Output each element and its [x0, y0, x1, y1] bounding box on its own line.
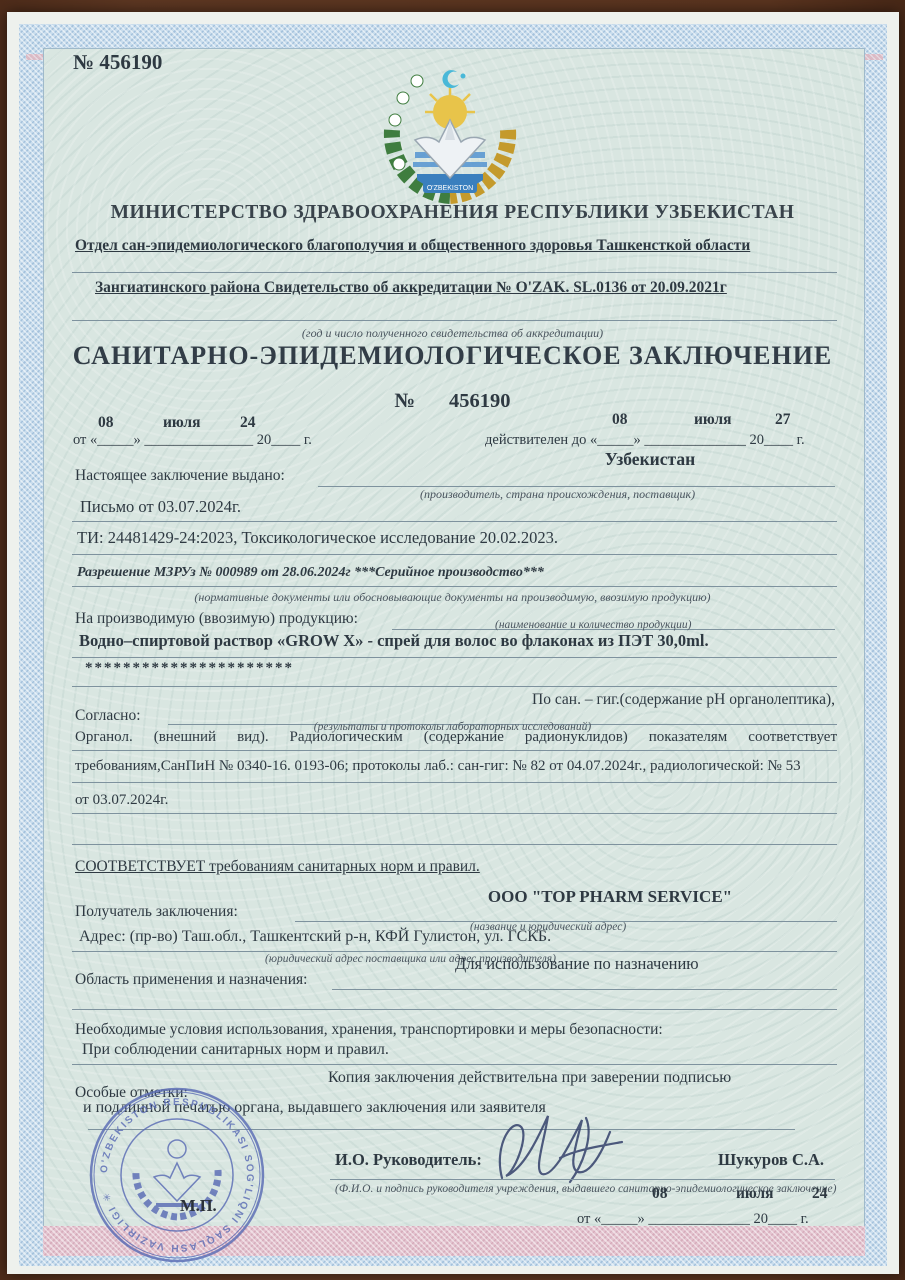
official-stamp: O'ZBEKISTON RESPUBLIKASI SOG'LIQNI SAQLA… [72, 1083, 282, 1280]
department-line: Отдел сан-эпидемиологического благополуч… [75, 237, 750, 255]
per-san-note: По сан. – гиг.(содержание pH органолепти… [532, 691, 835, 709]
stars-line: ********************** [85, 660, 294, 677]
sign-date-year: 24 [812, 1185, 828, 1203]
underline-rule [332, 989, 837, 990]
valid-month: июля [694, 411, 731, 429]
valid-day: 08 [612, 411, 628, 429]
underline-rule [72, 554, 837, 555]
compliance-line3: от 03.07.2024г. [75, 792, 168, 809]
valid-year: 27 [775, 411, 791, 429]
underline-rule [72, 521, 837, 522]
issued-caption: (производитель, страна происхождения, по… [420, 487, 695, 502]
underline-rule [72, 686, 837, 687]
signer-name: Шукуров С.А. [718, 1150, 824, 1170]
underline-rule [330, 1179, 835, 1180]
permission-caption: (нормативные документы или обосновывающи… [0, 590, 905, 605]
product-caption: (наименование и количество продукции) [495, 619, 691, 631]
serial-number: № 456190 [73, 50, 162, 75]
from-date-blank: от «_____» _______________ 20____ г. [73, 432, 312, 449]
document-title: САНИТАРНО-ЭПИДЕМИОЛОГИЧЕСКОЕ ЗАКЛЮЧЕНИЕ [0, 341, 905, 371]
product-label: На производимую (ввозимую) продукцию: [75, 610, 358, 628]
underline-rule [72, 1064, 837, 1065]
accreditation-caption: (год и число полученного свидетельства о… [0, 326, 905, 341]
underline-rule [72, 813, 837, 814]
compliance-line2: требованиям,СанПиН № 0340-16. 0193-06; п… [75, 758, 801, 775]
valid-date-blank: действителен до «_____» ______________ 2… [485, 432, 805, 449]
verdict-line: СООТВЕТСТВУЕТ требованиям санитарных нор… [75, 858, 480, 876]
sign-date-month: июля [736, 1185, 773, 1203]
from-day: 08 [98, 414, 114, 432]
compliance-line1: Органол. (внешний вид). Радиологическим … [75, 729, 837, 746]
recipient-address: Адрес: (пр-во) Таш.обл., Ташкентский р-н… [79, 928, 551, 946]
underline-rule [72, 750, 837, 751]
signature [490, 1108, 640, 1190]
underline-rule [72, 951, 837, 952]
underline-rule [72, 782, 837, 783]
stamp-ring-text: O'ZBEKISTON RESPUBLIKASI SOG'LIQNI SAQLA… [99, 1097, 255, 1253]
recipient-company: ООО "TOP PHARM SERVICE" [380, 887, 840, 907]
svg-text:O'ZBEKISTON RESPUBLIKASI SOG'L: O'ZBEKISTON RESPUBLIKASI SOG'LIQNI SAQLA… [99, 1097, 255, 1253]
country-value: Узбекистан [545, 449, 755, 470]
issued-letter: Письмо от 03.07.2024г. [80, 497, 241, 517]
signer-role: И.О. Руководитель: [335, 1150, 482, 1170]
number-value: 456190 [449, 390, 511, 412]
stamp-mp-label: М.П. [180, 1196, 217, 1216]
product-name: Водно–спиртовой раствор «GROW X» - спрей… [79, 631, 709, 651]
underline-rule [72, 844, 837, 845]
from-month: июля [163, 414, 200, 432]
certificate-photo: № 456190 O'ZBEKISTON МИНИСТЕРСТВО ЗДРАВО… [0, 0, 905, 1280]
sign-date-day: 08 [652, 1185, 668, 1203]
special-note-line1: Копия заключения действительна при завер… [328, 1069, 731, 1087]
issued-label: Настоящее заключение выдано: [75, 467, 285, 485]
underline-rule [72, 320, 837, 321]
conditions-label: Необходимые условия использования, хране… [75, 1021, 663, 1039]
scope-label: Область применения и назначения: [75, 971, 307, 989]
document-number: №456190 [0, 390, 905, 413]
underline-rule [72, 586, 837, 587]
usage-note: Для использование по назначению [455, 954, 699, 974]
underline-rule [72, 657, 837, 658]
issued-ti-line: ТИ: 24481429-24:2023, Токсикологическое … [77, 528, 558, 548]
permission-line: Разрешение МЗРУз № 000989 от 28.06.2024г… [77, 565, 544, 581]
ministry-title: МИНИСТЕРСТВО ЗДРАВООХРАНЕНИЯ РЕСПУБЛИКИ … [40, 202, 865, 224]
recipient-label: Получатель заключения: [75, 903, 238, 921]
conditions-value: При соблюдении санитарных норм и правил. [82, 1041, 389, 1059]
underline-rule [72, 1009, 837, 1010]
sign-date-blank: от «_____» ______________ 20____ г. [577, 1211, 809, 1228]
from-year: 24 [240, 414, 256, 432]
number-label: № [394, 390, 415, 412]
uzbekistan-emblem-icon: O'ZBEKISTON [357, 56, 543, 204]
emblem-banner-text: O'ZBEKISTON [427, 185, 473, 192]
underline-rule [72, 272, 837, 273]
accreditation-line: Зангиатинского района Свидетельство об а… [95, 279, 727, 297]
